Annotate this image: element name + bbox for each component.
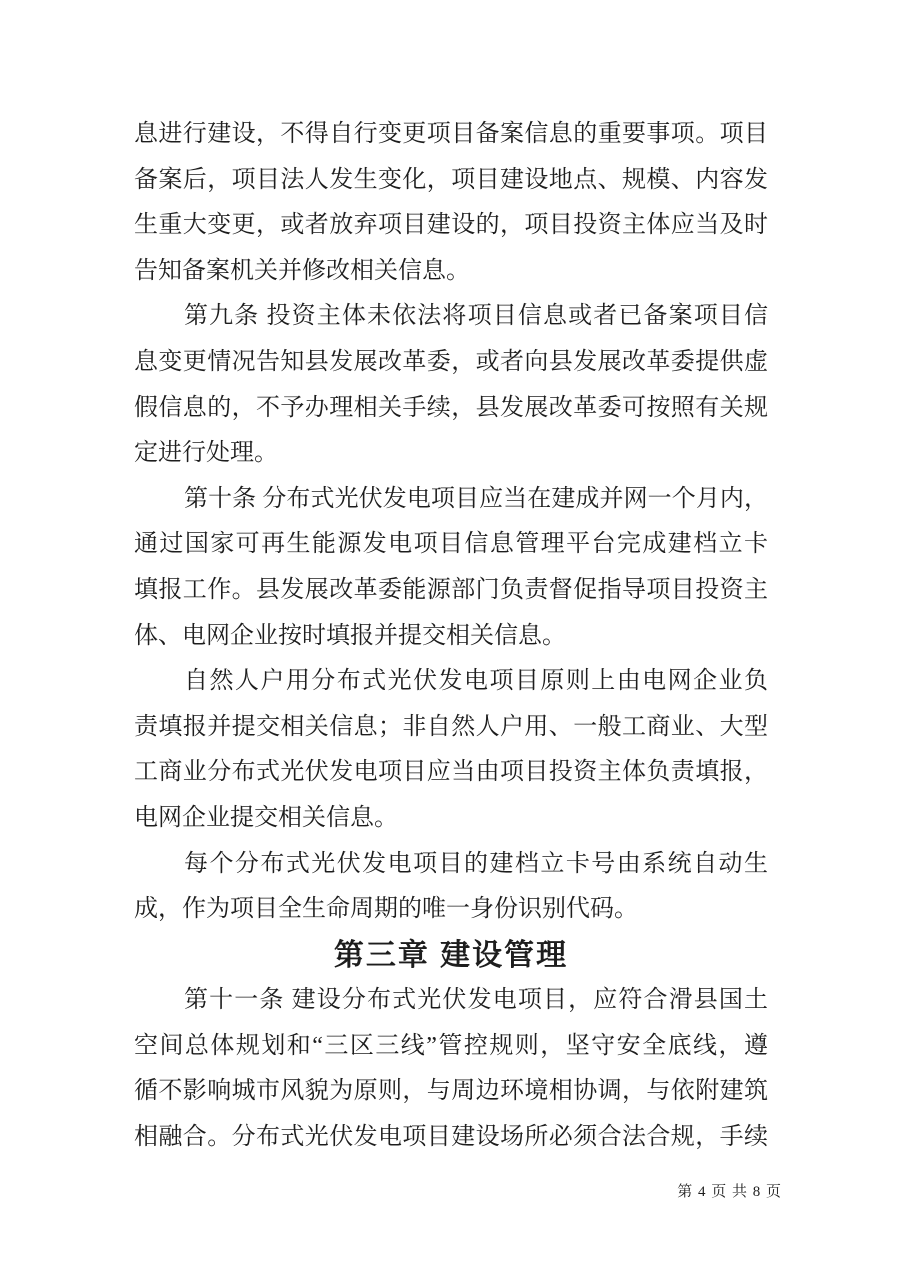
document-page: 息进行建设，不得自行变更项目备案信息的重要事项。项目备案后，项目法人发生变化，项… [0,0,900,1272]
text-line: 体、电网企业按时填报并提交相关信息。 [134,614,768,660]
text-line: 备案后，项目法人发生变化，项目建设地点、规模、内容发 [134,158,768,204]
text-line: 循不影响城市风貌为原则，与周边环境相协调，与依附建筑 [134,1069,768,1115]
text-line: 工商业分布式光伏发电项目应当由项目投资主体负责填报， [134,750,768,796]
text-line: 生重大变更，或者放弃项目建设的，项目投资主体应当及时 [134,203,768,249]
text-line: 电网企业提交相关信息。 [134,796,768,842]
text-line: 假信息的，不予办理相关手续，县发展改革委可按照有关规 [134,386,768,432]
text-line: 息变更情况告知县发展改革委，或者向县发展改革委提供虚 [134,340,768,386]
text-line: 第十条 分布式光伏发电项目应当在建成并网一个月内， [134,477,768,523]
text-line: 息进行建设，不得自行变更项目备案信息的重要事项。项目 [134,112,768,158]
text-line: 填报工作。县发展改革委能源部门负责督促指导项目投资主 [134,568,768,614]
text-line: 每个分布式光伏发电项目的建档立卡号由系统自动生 [134,842,768,888]
text-line: 第九条 投资主体未依法将项目信息或者已备案项目信 [134,294,768,340]
text-line: 相融合。分布式光伏发电项目建设场所必须合法合规，手续 [134,1115,768,1161]
text-line: 通过国家可再生能源发电项目信息管理平台完成建档立卡 [134,522,768,568]
text-line: 责填报并提交相关信息；非自然人户用、一般工商业、大型 [134,705,768,751]
text-line: 自然人户用分布式光伏发电项目原则上由电网企业负 [134,659,768,705]
text-line: 成，作为项目全生命周期的唯一身份识别代码。 [134,887,768,933]
document-body: 息进行建设，不得自行变更项目备案信息的重要事项。项目备案后，项目法人发生变化，项… [134,112,768,1161]
page-number-footer: 第 4 页 共 8 页 [677,1180,782,1201]
chapter-heading: 第三章 建设管理 [134,933,768,979]
text-line: 第十一条 建设分布式光伏发电项目，应符合滑县国土 [134,978,768,1024]
text-line: 定进行处理。 [134,431,768,477]
text-line: 空间总体规划和“三区三线”管控规则，坚守安全底线，遵 [134,1024,768,1070]
text-line: 告知备案机关并修改相关信息。 [134,249,768,295]
